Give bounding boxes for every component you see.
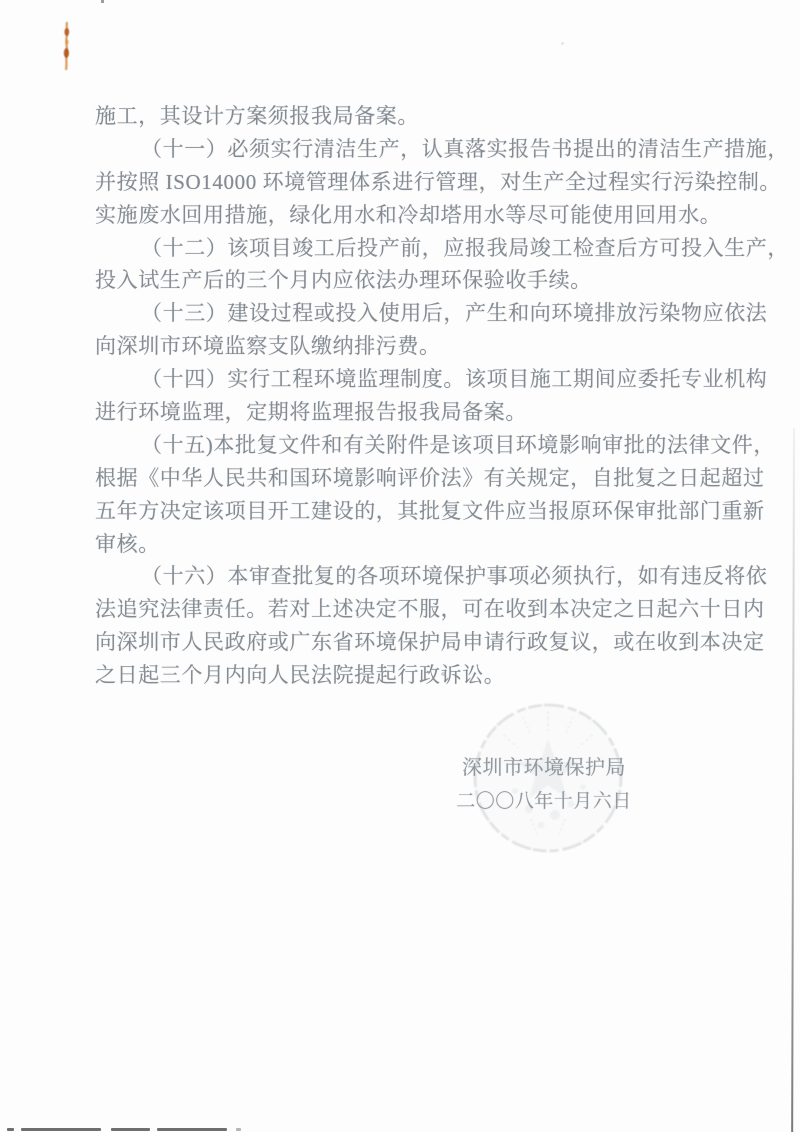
document-line: （十六）本审查批复的各项环境保护事项必须执行，如有违反将依 [95, 560, 711, 593]
document-line: 法追究法律责任。若对上述决定不服，可在收到本决定之日起六十日内 [95, 593, 711, 626]
document-line: 向深圳市环境监察支队缴纳排污费。 [95, 330, 711, 363]
document-line: 根据《中华人民共和国环境影响评价法》有关规定，自批复之日起超过 [95, 462, 711, 495]
document-line: 施工，其设计方案须报我局备案。 [95, 100, 711, 133]
document-line: 投入试生产后的三个月内应依法办理环保验收手续。 [95, 264, 711, 297]
scanned-document-page: 施工，其设计方案须报我局备案。 （十一）必须实行清洁生产，认真落实报告书提出的清… [0, 0, 800, 1132]
scan-edge-mark [21, 1128, 101, 1131]
signature-date: 二〇〇八年十月六日 [428, 785, 660, 818]
document-line: 之日起三个月内向人民法院提起行政诉讼。 [95, 659, 711, 692]
scan-speck [441, 672, 446, 676]
scan-edge-mark [236, 1128, 241, 1131]
scan-edge-line [791, 428, 794, 1132]
signature-org: 深圳市环境保护局 [428, 752, 660, 785]
ink-smudge [60, 20, 74, 76]
scan-edge-mark [111, 1128, 150, 1131]
document-line: （十二）该项目竣工后投产前，应报我局竣工检查后方可投入生产， [95, 232, 711, 265]
scan-edge-mark [157, 1128, 227, 1131]
document-line: 向深圳市人民政府或广东省环境保护局申请行政复议，或在收到本决定 [95, 626, 711, 659]
document-line: 并按照 ISO14000 环境管理体系进行管理，对生产全过程实行污染控制。 [95, 166, 711, 199]
signature-block: 深圳市环境保护局 二〇〇八年十月六日 [428, 752, 660, 818]
document-line: （十三）建设过程或投入使用后，产生和向环境排放污染物应依法 [95, 297, 711, 330]
document-line: （十五)本批复文件和有关附件是该项目环境影响审批的法律文件， [95, 429, 711, 462]
document-line: 进行环境监理，定期将监理报告报我局备案。 [95, 396, 711, 429]
scan-speck [561, 42, 564, 45]
document-line: 实施废水回用措施，绿化用水和冷却塔用水等尽可能使用回用水。 [95, 199, 711, 232]
document-line: （十一）必须实行清洁生产，认真落实报告书提出的清洁生产措施， [95, 133, 711, 166]
document-body: 施工，其设计方案须报我局备案。 （十一）必须实行清洁生产，认真落实报告书提出的清… [95, 100, 711, 692]
document-line: （十四）实行工程环境监理制度。该项目施工期间应委托专业机构 [95, 363, 711, 396]
document-line: 五年方决定该项目开工建设的，其批复文件应当报原环保审批部门重新 [95, 495, 711, 528]
scan-edge-mark [7, 1128, 14, 1131]
scan-edge-mark [101, 0, 104, 3]
document-line: 审核。 [95, 528, 711, 561]
